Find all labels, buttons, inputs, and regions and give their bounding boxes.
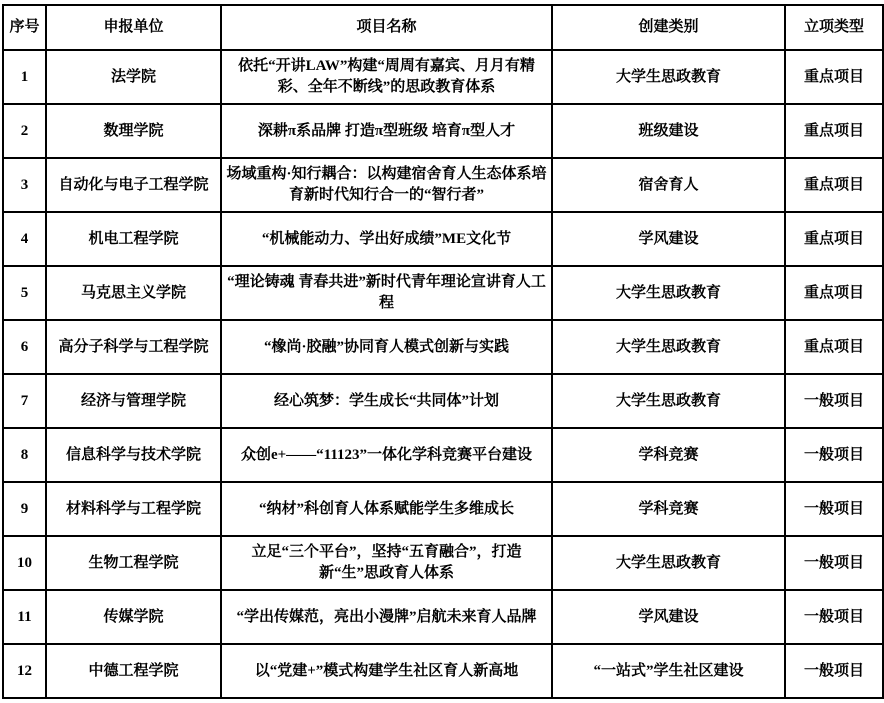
table-row: 7经济与管理学院经心筑梦：学生成长“共同体”计划大学生思政教育一般项目 [3,374,883,428]
project-name-cell: “橡尚·胶融”协同育人模式创新与实践 [221,320,552,374]
type-cell: 一般项目 [785,374,883,428]
unit-cell: 中德工程学院 [46,644,221,698]
unit-cell: 材料科学与工程学院 [46,482,221,536]
table-row: 10生物工程学院立足“三个平台”，坚持“五育融合”，打造新“生”思政育人体系大学… [3,536,883,590]
unit-cell: 马克思主义学院 [46,266,221,320]
row-number-cell: 2 [3,104,46,158]
category-cell: 学科竞赛 [552,482,785,536]
header-category: 创建类别 [552,5,785,50]
type-cell: 一般项目 [785,428,883,482]
project-name-cell: “机械能动力、学出好成绩”ME文化节 [221,212,552,266]
unit-cell: 自动化与电子工程学院 [46,158,221,212]
table-row: 6高分子科学与工程学院“橡尚·胶融”协同育人模式创新与实践大学生思政教育重点项目 [3,320,883,374]
row-number-cell: 7 [3,374,46,428]
row-number-cell: 12 [3,644,46,698]
header-row: 序号 申报单位 项目名称 创建类别 立项类型 [3,5,883,50]
row-number-cell: 9 [3,482,46,536]
project-name-cell: “理论铸魂 青春共进”新时代青年理论宣讲育人工程 [221,266,552,320]
table-row: 9材料科学与工程学院“纳材”科创育人体系赋能学生多维成长学科竞赛一般项目 [3,482,883,536]
category-cell: 大学生思政教育 [552,320,785,374]
row-number-cell: 11 [3,590,46,644]
project-name-cell: 依托“开讲LAW”构建“周周有嘉宾、月月有精彩、全年不断线”的思政教育体系 [221,50,552,104]
table-row: 1法学院依托“开讲LAW”构建“周周有嘉宾、月月有精彩、全年不断线”的思政教育体… [3,50,883,104]
type-cell: 重点项目 [785,104,883,158]
project-name-cell: “学出传媒范，亮出小漫牌”启航未来育人品牌 [221,590,552,644]
row-number-cell: 10 [3,536,46,590]
header-project: 项目名称 [221,5,552,50]
project-name-cell: 深耕π系品牌 打造π型班级 培育π型人才 [221,104,552,158]
table-row: 12中德工程学院以“党建+”模式构建学生社区育人新高地“一站式”学生社区建设一般… [3,644,883,698]
category-cell: 大学生思政教育 [552,50,785,104]
unit-cell: 传媒学院 [46,590,221,644]
type-cell: 重点项目 [785,320,883,374]
type-cell: 重点项目 [785,212,883,266]
project-name-cell: 众创e+——“11123”一体化学科竞赛平台建设 [221,428,552,482]
category-cell: 班级建设 [552,104,785,158]
type-cell: 重点项目 [785,50,883,104]
header-type: 立项类型 [785,5,883,50]
category-cell: 学风建设 [552,590,785,644]
project-name-cell: 以“党建+”模式构建学生社区育人新高地 [221,644,552,698]
project-name-cell: 经心筑梦：学生成长“共同体”计划 [221,374,552,428]
table-wrapper: 序号 申报单位 项目名称 创建类别 立项类型 1法学院依托“开讲LAW”构建“周… [0,0,884,703]
category-cell: 宿舍育人 [552,158,785,212]
table-row: 4机电工程学院“机械能动力、学出好成绩”ME文化节学风建设重点项目 [3,212,883,266]
type-cell: 重点项目 [785,158,883,212]
projects-table: 序号 申报单位 项目名称 创建类别 立项类型 1法学院依托“开讲LAW”构建“周… [2,4,884,699]
row-number-cell: 6 [3,320,46,374]
header-no: 序号 [3,5,46,50]
table-row: 8信息科学与技术学院众创e+——“11123”一体化学科竞赛平台建设学科竞赛一般… [3,428,883,482]
project-name-cell: “纳材”科创育人体系赋能学生多维成长 [221,482,552,536]
row-number-cell: 1 [3,50,46,104]
unit-cell: 高分子科学与工程学院 [46,320,221,374]
project-name-cell: 立足“三个平台”，坚持“五育融合”，打造新“生”思政育人体系 [221,536,552,590]
type-cell: 一般项目 [785,590,883,644]
category-cell: 大学生思政教育 [552,374,785,428]
row-number-cell: 4 [3,212,46,266]
unit-cell: 信息科学与技术学院 [46,428,221,482]
unit-cell: 法学院 [46,50,221,104]
category-cell: 学风建设 [552,212,785,266]
category-cell: 大学生思政教育 [552,536,785,590]
table-row: 5马克思主义学院“理论铸魂 青春共进”新时代青年理论宣讲育人工程大学生思政教育重… [3,266,883,320]
table-row: 11传媒学院“学出传媒范，亮出小漫牌”启航未来育人品牌学风建设一般项目 [3,590,883,644]
row-number-cell: 8 [3,428,46,482]
project-name-cell: 场域重构·知行耦合：以构建宿舍育人生态体系培育新时代知行合一的“智行者” [221,158,552,212]
unit-cell: 机电工程学院 [46,212,221,266]
row-number-cell: 3 [3,158,46,212]
type-cell: 一般项目 [785,482,883,536]
category-cell: 学科竞赛 [552,428,785,482]
unit-cell: 经济与管理学院 [46,374,221,428]
category-cell: “一站式”学生社区建设 [552,644,785,698]
table-row: 2数理学院深耕π系品牌 打造π型班级 培育π型人才班级建设重点项目 [3,104,883,158]
table-row: 3自动化与电子工程学院场域重构·知行耦合：以构建宿舍育人生态体系培育新时代知行合… [3,158,883,212]
type-cell: 一般项目 [785,644,883,698]
header-unit: 申报单位 [46,5,221,50]
type-cell: 一般项目 [785,536,883,590]
unit-cell: 数理学院 [46,104,221,158]
category-cell: 大学生思政教育 [552,266,785,320]
unit-cell: 生物工程学院 [46,536,221,590]
table-body: 1法学院依托“开讲LAW”构建“周周有嘉宾、月月有精彩、全年不断线”的思政教育体… [3,50,883,698]
type-cell: 重点项目 [785,266,883,320]
row-number-cell: 5 [3,266,46,320]
